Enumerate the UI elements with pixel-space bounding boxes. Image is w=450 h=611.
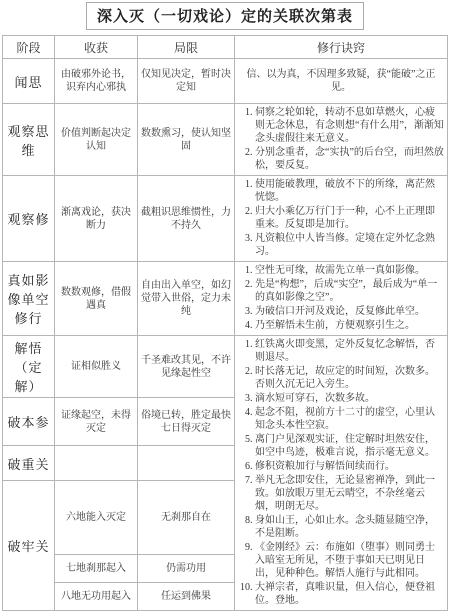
stage-guancha-xiu: 观察修 <box>3 176 55 262</box>
row-guancha-xiu: 观察修 渐离戏论，获决断力 截粗识思维惯性，力不持久 使用能破教理，破放不下的所… <box>3 176 448 262</box>
limits-wensi: 仅知见决定，暂时决定知 <box>138 59 235 104</box>
header-row: 阶段 收获 局限 修行诀窍 <box>3 36 448 59</box>
limits-jiewu: 千圣难改其见，不许见缘起性空 <box>138 336 235 398</box>
header-tips: 修行诀窍 <box>235 36 448 59</box>
tip-item: 《金刚经》云：布施如（堕事）则同勇士入暗室无所见，不堕于事如天已明见日出，见种种… <box>255 541 444 580</box>
gains-pozhong <box>55 446 138 481</box>
limits-polao-3: 任运到佛果 <box>138 583 235 611</box>
tip-item: 红铁离火即变黑，定外反复忆念解悟，否则退尽。 <box>255 338 444 364</box>
tips-list-zhenru: 空性无可缘，故需先立单一真如影像。 先是“构想”，后成“实空”，最后成为“单一的… <box>238 264 444 332</box>
tip-item: 使用能破教理，破放不下的所缘，离茫然恍惚。 <box>255 178 444 204</box>
tips-list-guancha-siwei: 伺察之轮如轮，转动不息如草燃火，心疲则无念休息，有念则想“有什么用”，渐渐知念头… <box>238 106 444 172</box>
tip-item: 大禅宗者，真唯识量，但入信心，便登祖位。登地。 <box>255 581 444 607</box>
gains-wensi: 由破邪外论书，识弃内心邪执 <box>55 59 138 104</box>
tip-item: 起念不阻，视前方十二寸的虚空，心里认知念头本性空寂。 <box>255 406 444 432</box>
header-limits: 局限 <box>138 36 235 59</box>
gains-guancha-xiu: 渐离戏论，获决断力 <box>55 176 138 262</box>
stage-zhenru: 真如影像单空修行 <box>3 262 55 336</box>
tip-item: 归大小乘亿万行门于一种，心不上正理即重来。反复即是加行。 <box>255 205 444 231</box>
limits-zhenru: 自由出入单空，如幻觉带入世俗，定力未纯 <box>138 262 235 336</box>
gains-polao-3: 八地无功用起入 <box>55 583 138 611</box>
tips-zhenru: 空性无可缘，故需先立单一真如影像。 先是“构想”，后成“实空”，最后成为“单一的… <box>235 262 448 336</box>
limits-guancha-siwei: 数数熏习，使认知坚固 <box>138 104 235 176</box>
limits-poben: 俗境已转，胜定最快七日得灭定 <box>138 398 235 446</box>
tip-item: 分别念重者，念“实执”的后台空，而坦然放松，要反复。 <box>255 146 444 172</box>
tip-item: 为破信口开河及戏论，反复修此单空。 <box>255 305 444 318</box>
stage-jiewu: 解悟（定解） <box>3 336 55 398</box>
stage-pozhong: 破重关 <box>3 446 55 481</box>
document-page: 深入灭（一切戏论）定的关联次第表 阶段 收获 局限 修行诀窍 闻思 由破邪外论书… <box>2 0 448 611</box>
stage-poben: 破本参 <box>3 398 55 446</box>
header-stage: 阶段 <box>3 36 55 59</box>
limits-polao-2: 仍需功用 <box>138 555 235 583</box>
tip-item: 先是“构想”，后成“实空”，最后成为“单一的真如影像之空”。 <box>255 278 444 304</box>
tip-item: 凡资粮位中人皆当修。定境在定外忆念熟习。 <box>255 232 444 258</box>
tips-guancha-xiu: 使用能破教理，破放不下的所缘，离茫然恍惚。 归大小乘亿万行门于一种，心不上正理即… <box>235 176 448 262</box>
limits-guancha-xiu: 截粗识思维惯性，力不持久 <box>138 176 235 262</box>
tips-guancha-siwei: 伺察之轮如轮，转动不息如草燃火，心疲则无念休息，有念则想“有什么用”，渐渐知念头… <box>235 104 448 176</box>
gains-poben: 证缘起空，未得灭定 <box>55 398 138 446</box>
row-zhenru: 真如影像单空修行 数数观修，借假遇真 自由出入单空，如幻觉带入世俗，定力未纯 空… <box>3 262 448 336</box>
header-gains: 收获 <box>55 36 138 59</box>
tips-list-merged: 红铁离火即变黑，定外反复忆念解悟，否则退尽。 时长落无记，故应定的时间短，次数多… <box>238 338 444 607</box>
stage-polao: 破牢关 <box>3 481 55 611</box>
tip-item: 乃至解悟未生前，方便观察引生之。 <box>255 319 444 332</box>
row-guancha-siwei: 观察思维 价值判断起决定认知 数数熏习，使认知坚固 伺察之轮如轮，转动不息如草燃… <box>3 104 448 176</box>
gains-polao-2: 七地刹那起入 <box>55 555 138 583</box>
tip-item: 举凡无念即安住，无论显密禅净，到此一致。如放眼万里无云晴空，不杂丝毫云烟，明朗无… <box>255 474 444 513</box>
tip-item: 时长落无记，故应定的时间短，次数多。否则久沉无记入旁生。 <box>255 365 444 391</box>
gains-zhenru: 数数观修，借假遇真 <box>55 262 138 336</box>
row-jiewu: 解悟（定解） 证相似胜义 千圣难改其见，不许见缘起性空 红铁离火即变黑，定外反复… <box>3 336 448 398</box>
limits-polao-1: 无刹那自在 <box>138 481 235 555</box>
tips-list-guancha-xiu: 使用能破教理，破放不下的所缘，离茫然恍惚。 归大小乘亿万行门于一种，心不上正理即… <box>238 178 444 258</box>
limits-pozhong <box>138 446 235 481</box>
row-wensi: 闻思 由破邪外论书，识弃内心邪执 仅知见决定，暂时决定知 信、以为真，不因理多致… <box>3 59 448 104</box>
gains-jiewu: 证相似胜义 <box>55 336 138 398</box>
tip-item: 伺察之轮如轮，转动不息如草燃火，心疲则无念休息，有念则想“有什么用”，渐渐知念头… <box>255 106 444 145</box>
tip-item: 修积资粮加行与解悟间续而行。 <box>255 460 444 473</box>
tip-item: 身如山王，心如止水。念头随显随空净，不是阻断。 <box>255 514 444 540</box>
tip-item: 空性无可缘，故需先立单一真如影像。 <box>255 264 444 277</box>
tips-merged: 红铁离火即变黑，定外反复忆念解悟，否则退尽。 时长落无记，故应定的时间短，次数多… <box>235 336 448 611</box>
gains-guancha-siwei: 价值判断起决定认知 <box>55 104 138 176</box>
page-title: 深入灭（一切戏论）定的关联次第表 <box>86 2 364 30</box>
stage-wensi: 闻思 <box>3 59 55 104</box>
tip-item: 滴水短可穿石，次数多故。 <box>255 392 444 405</box>
tips-wensi: 信、以为真，不因理多致疑，获“能破”之正见。 <box>235 59 448 104</box>
stage-guancha-siwei: 观察思维 <box>3 104 55 176</box>
gains-polao-1: 六地能入灭定 <box>55 481 138 555</box>
stages-table: 阶段 收获 局限 修行诀窍 闻思 由破邪外论书，识弃内心邪执 仅知见决定，暂时决… <box>2 35 448 611</box>
tip-item: 离门户见深观实证，住定解时坦然安住，如空中鸟迹，极难言说，指示毫无意义。 <box>255 433 444 459</box>
